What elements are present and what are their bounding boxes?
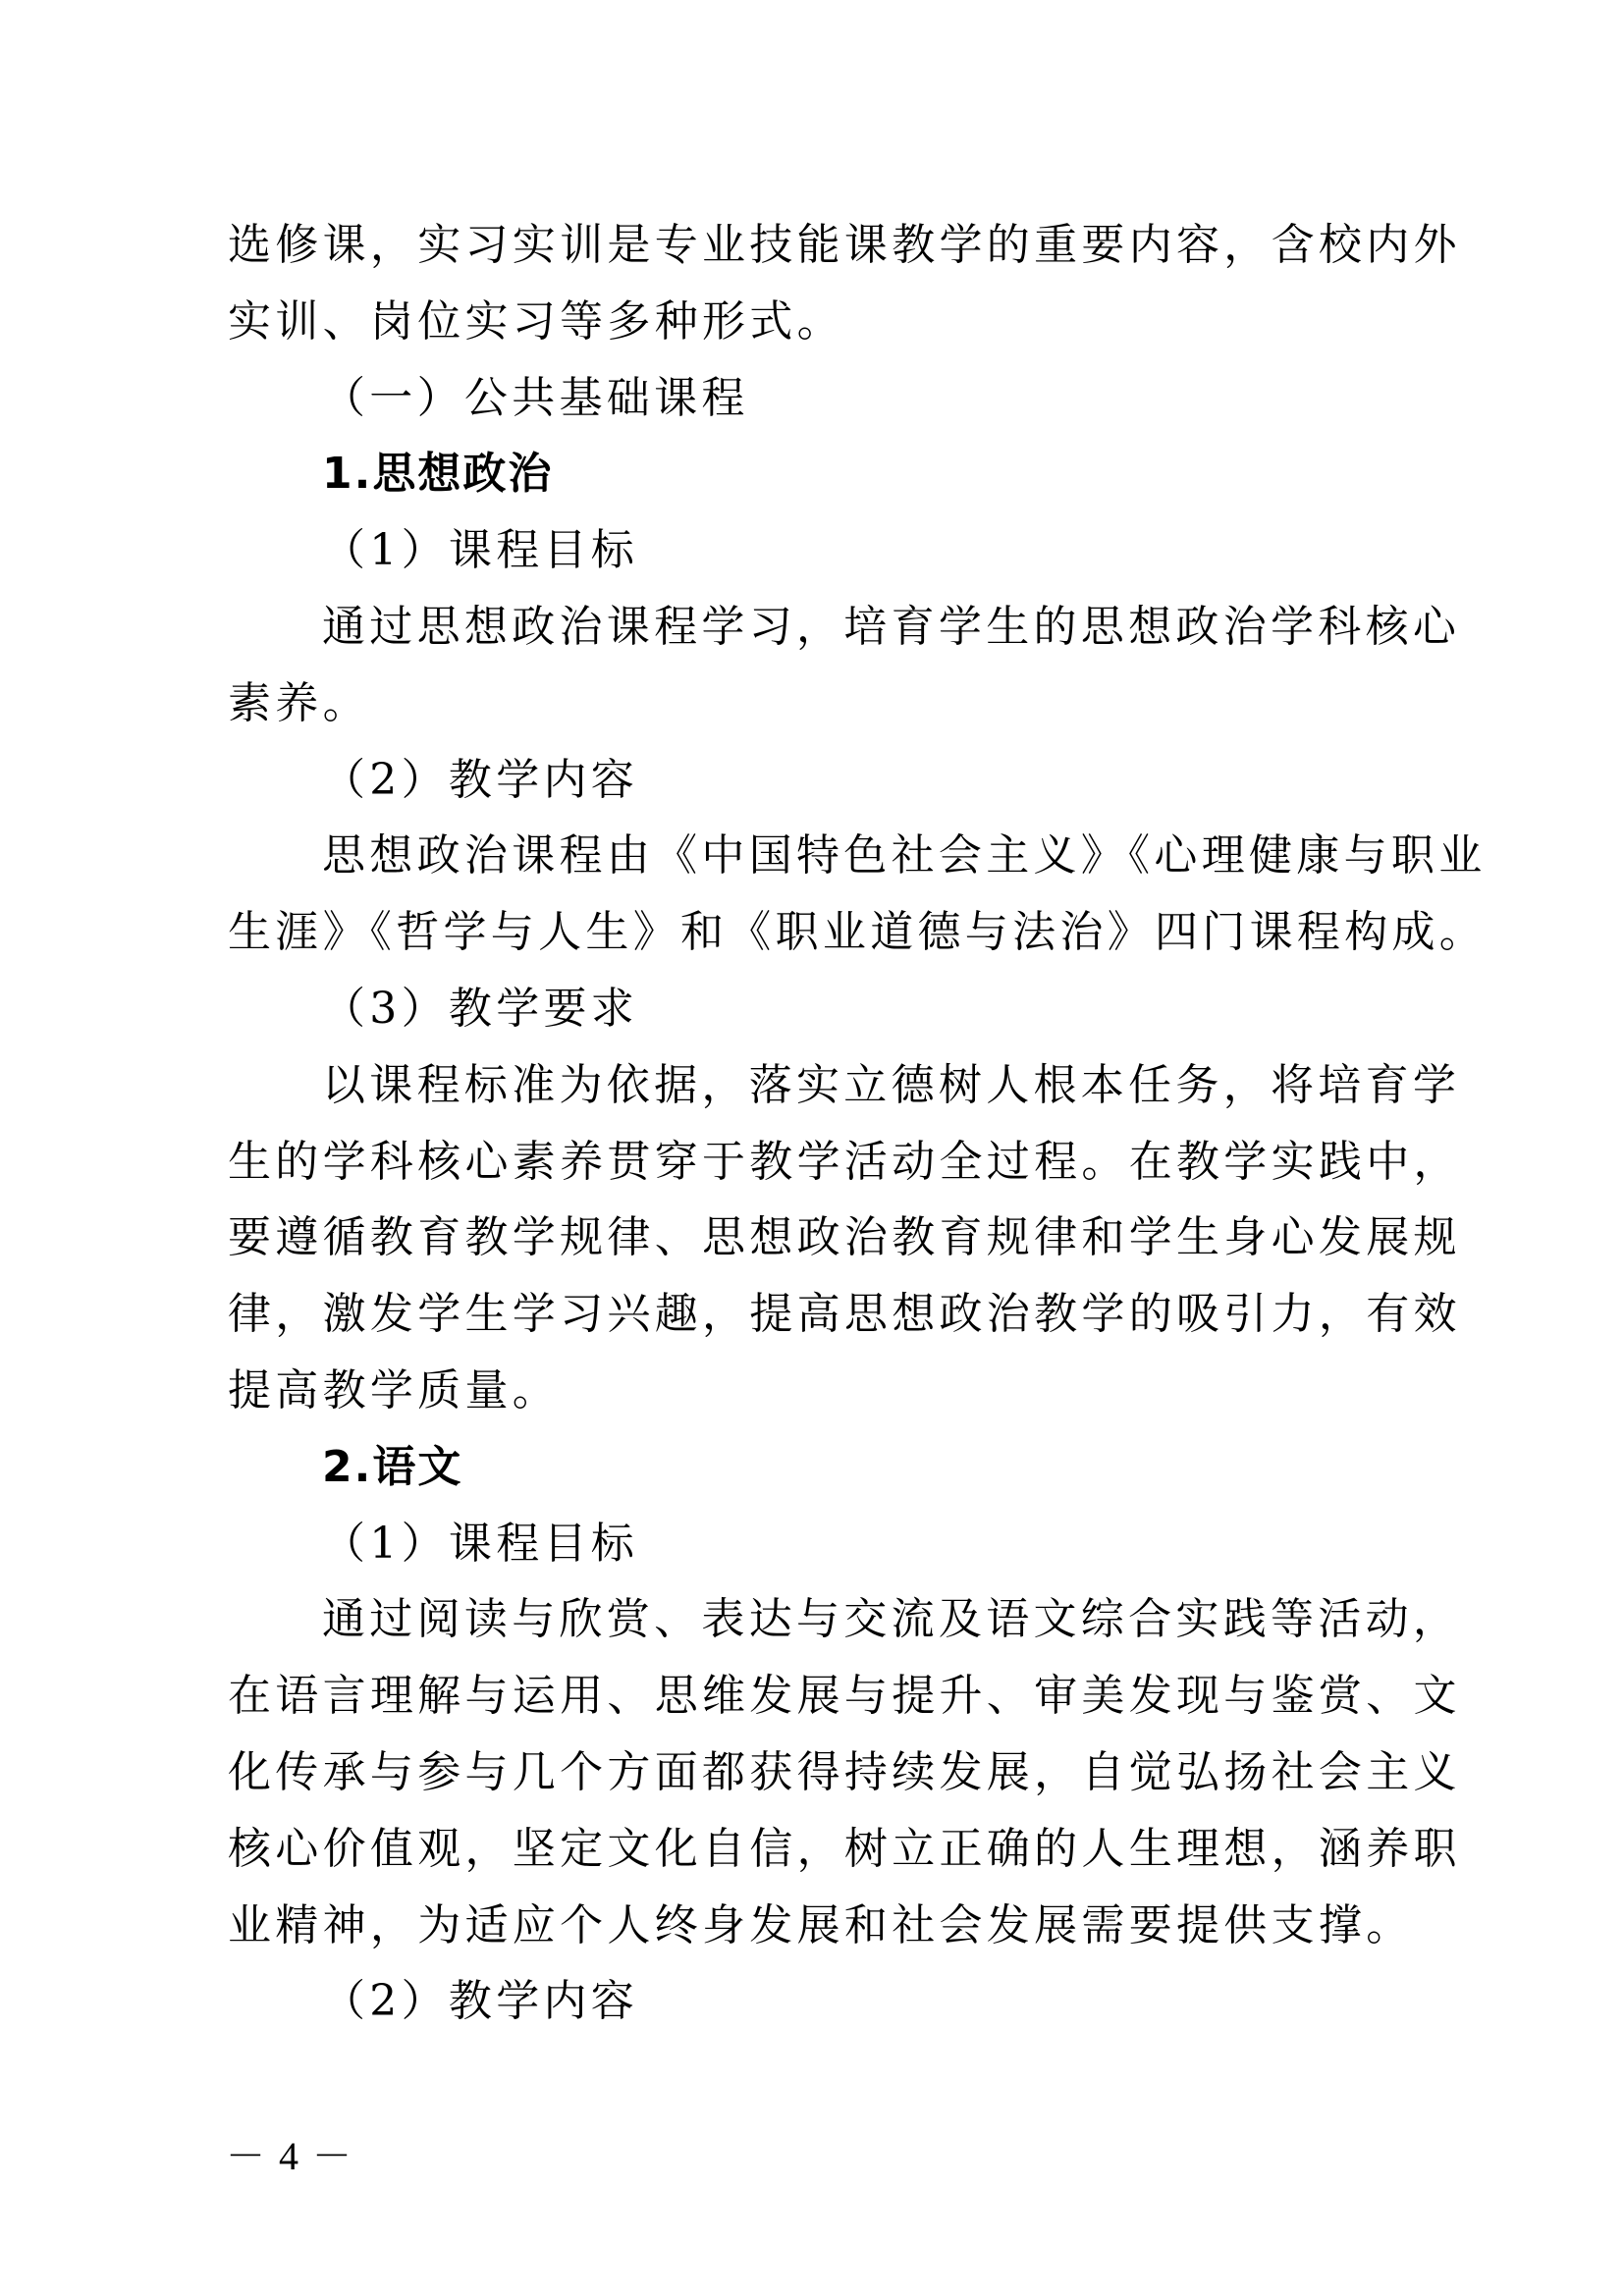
document-body: 选修课，实习实训是专业技能课教学的重要内容，含校内外 实训、岗位实习等多种形式。…	[228, 207, 1377, 2040]
paragraph-line: 生的学科核心素养贯穿于教学活动全过程。在教学实践中，	[228, 1124, 1377, 1201]
paragraph-line: 以课程标准为依据，落实立德树人根本任务，将培育学	[228, 1047, 1377, 1124]
paragraph-line: 思想政治课程由《中国特色社会主义》《心理健康与职业	[228, 818, 1377, 894]
paragraph-line: 业精神，为适应个人终身发展和社会发展需要提供支撑。	[228, 1888, 1377, 1964]
page-number: － 4 －	[226, 2135, 353, 2178]
heading-ideology-politics: 1.思想政治	[228, 436, 1377, 512]
subheading-course-objectives: （1）课程目标	[228, 512, 1377, 589]
section-title: （一）公共基础课程	[228, 360, 1377, 437]
subheading-teaching-requirements: （3）教学要求	[228, 971, 1377, 1047]
subheading-teaching-content: （2）教学内容	[228, 1963, 1377, 2040]
paragraph-line: 通过思想政治课程学习，培育学生的思想政治学科核心	[228, 589, 1377, 666]
paragraph-line: 律，激发学生学习兴趣，提高思想政治教学的吸引力，有效	[228, 1276, 1377, 1353]
paragraph-line: 提高教学质量。	[228, 1353, 1377, 1429]
paragraph-line: 素养。	[228, 666, 1377, 742]
paragraph-line: 选修课，实习实训是专业技能课教学的重要内容，含校内外	[228, 207, 1377, 284]
paragraph-line: 要遵循教育教学规律、思想政治教育规律和学生身心发展规	[228, 1200, 1377, 1276]
paragraph-line: 通过阅读与欣赏、表达与交流及语文综合实践等活动，	[228, 1581, 1377, 1658]
subheading-course-objectives: （1）课程目标	[228, 1506, 1377, 1582]
paragraph-line: 实训、岗位实习等多种形式。	[228, 284, 1377, 360]
paragraph-line: 化传承与参与几个方面都获得持续发展，自觉弘扬社会主义	[228, 1735, 1377, 1811]
heading-chinese: 2.语文	[228, 1429, 1377, 1506]
paragraph-line: 核心价值观，坚定文化自信，树立正确的人生理想，涵养职	[228, 1811, 1377, 1888]
subheading-teaching-content: （2）教学内容	[228, 742, 1377, 819]
paragraph-line: 在语言理解与运用、思维发展与提升、审美发现与鉴赏、文	[228, 1658, 1377, 1735]
document-page: 选修课，实习实训是专业技能课教学的重要内容，含校内外 实训、岗位实习等多种形式。…	[0, 0, 1624, 2296]
paragraph-line: 生涯》《哲学与人生》和《职业道德与法治》四门课程构成。	[228, 894, 1377, 971]
